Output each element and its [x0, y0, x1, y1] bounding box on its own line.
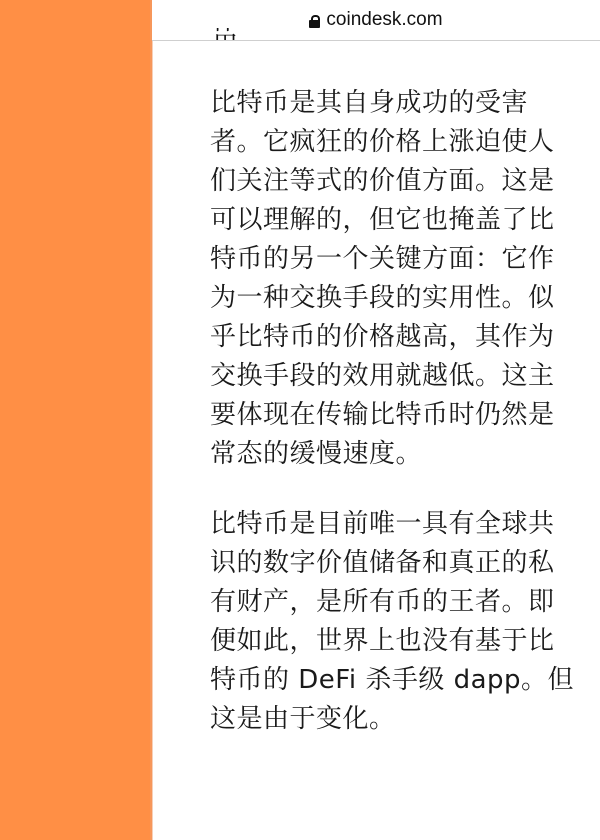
text-line: 比特币是其自身成功的受害 [210, 84, 570, 123]
text-line: 为一种交换手段的实用性。似 [210, 279, 570, 318]
text-line: 乎比特币的价格越高，其作为 [210, 318, 570, 357]
orange-side-panel [0, 0, 152, 840]
side-panel-edge [150, 0, 153, 840]
text-line: 者。它疯狂的价格上涨迫使人 [210, 123, 570, 162]
text-line: 要体现在传输比特币时仍然是 [210, 396, 570, 435]
lock-icon [309, 15, 320, 28]
text-line: 识的数字价值储备和真正的私 [210, 544, 570, 583]
article-body: 比特币是其自身成功的受害 者。它疯狂的价格上涨迫使人 们关注等式的价值方面。这是… [210, 84, 570, 770]
text-line: 便如此，世界上也没有基于比 [210, 622, 570, 661]
paragraph-1: 比特币是其自身成功的受害 者。它疯狂的价格上涨迫使人 们关注等式的价值方面。这是… [210, 84, 570, 474]
text-line: 常态的缓慢速度。 [210, 435, 570, 474]
text-line: 特币的另一个关键方面：它作 [210, 240, 570, 279]
text-line: 们关注等式的价值方面。这是 [210, 162, 570, 201]
text-line: 可以理解的，但它也掩盖了比 [210, 201, 570, 240]
paragraph-2: 比特币是目前唯一具有全球共 识的数字价值储备和真正的私 有财产，是所有币的王者。… [210, 505, 570, 739]
address-bar-content[interactable]: coindesk.com [309, 9, 442, 31]
text-line: 特币的 DeFi 杀手级 dapp。但 [210, 661, 570, 700]
text-line: 比特币是目前唯一具有全球共 [210, 505, 570, 544]
url-text: coindesk.com [326, 9, 442, 31]
text-line: 有财产，是所有币的王者。即 [210, 583, 570, 622]
cut-off-text: 作用。 [212, 28, 292, 40]
text-line: 这是由于变化。 [210, 700, 570, 739]
text-line: 交换手段的效用就越低。这主 [210, 357, 570, 396]
